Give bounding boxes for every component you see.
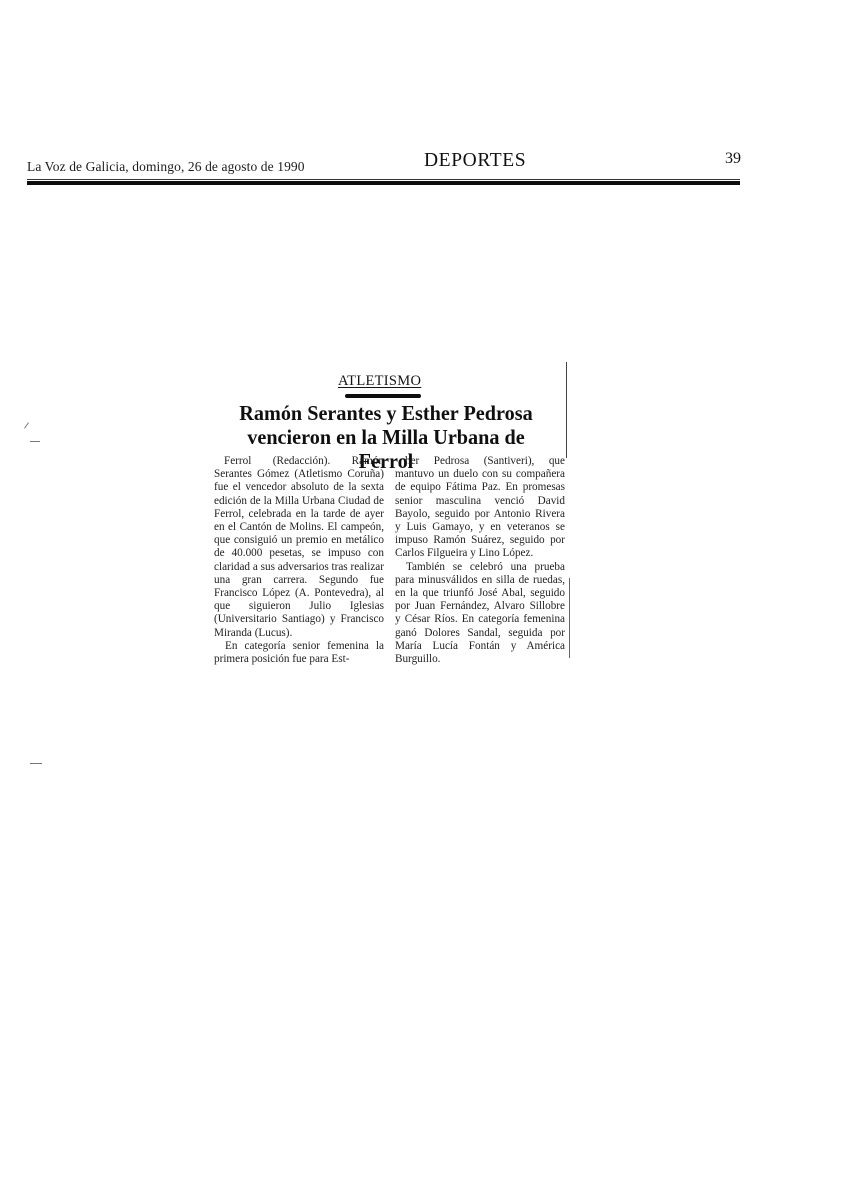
article-column-1: Ferrol (Redacción). Ramón Serantes Gómez… <box>214 455 384 666</box>
paragraph: her Pedrosa (Santiveri), que mantuvo un … <box>395 455 565 561</box>
section-title: DEPORTES <box>424 150 526 172</box>
paragraph: En categoría senior femenina la primera … <box>214 640 384 666</box>
scan-mark <box>24 422 29 428</box>
header-rule-thin <box>27 179 740 180</box>
column-divider-line <box>566 362 567 458</box>
scan-mark <box>30 763 42 764</box>
scan-mark <box>30 441 40 442</box>
article-kicker: ATLETISMO <box>338 373 421 390</box>
newspaper-date-line: La Voz de Galicia, domingo, 26 de agosto… <box>27 159 305 175</box>
headline-line-1: Ramón Serantes y Esther Pedrosa <box>221 401 552 425</box>
column-divider-line <box>569 578 570 658</box>
paragraph: También se celebró una prueba para minus… <box>395 561 565 667</box>
page-number: 39 <box>725 150 741 168</box>
article-column-2: her Pedrosa (Santiveri), que mantuvo un … <box>395 455 565 666</box>
paragraph: Ferrol (Redacción). Ramón Serantes Gómez… <box>214 455 384 640</box>
header-rule-thick <box>27 181 740 185</box>
kicker-underline-bar <box>345 394 421 398</box>
